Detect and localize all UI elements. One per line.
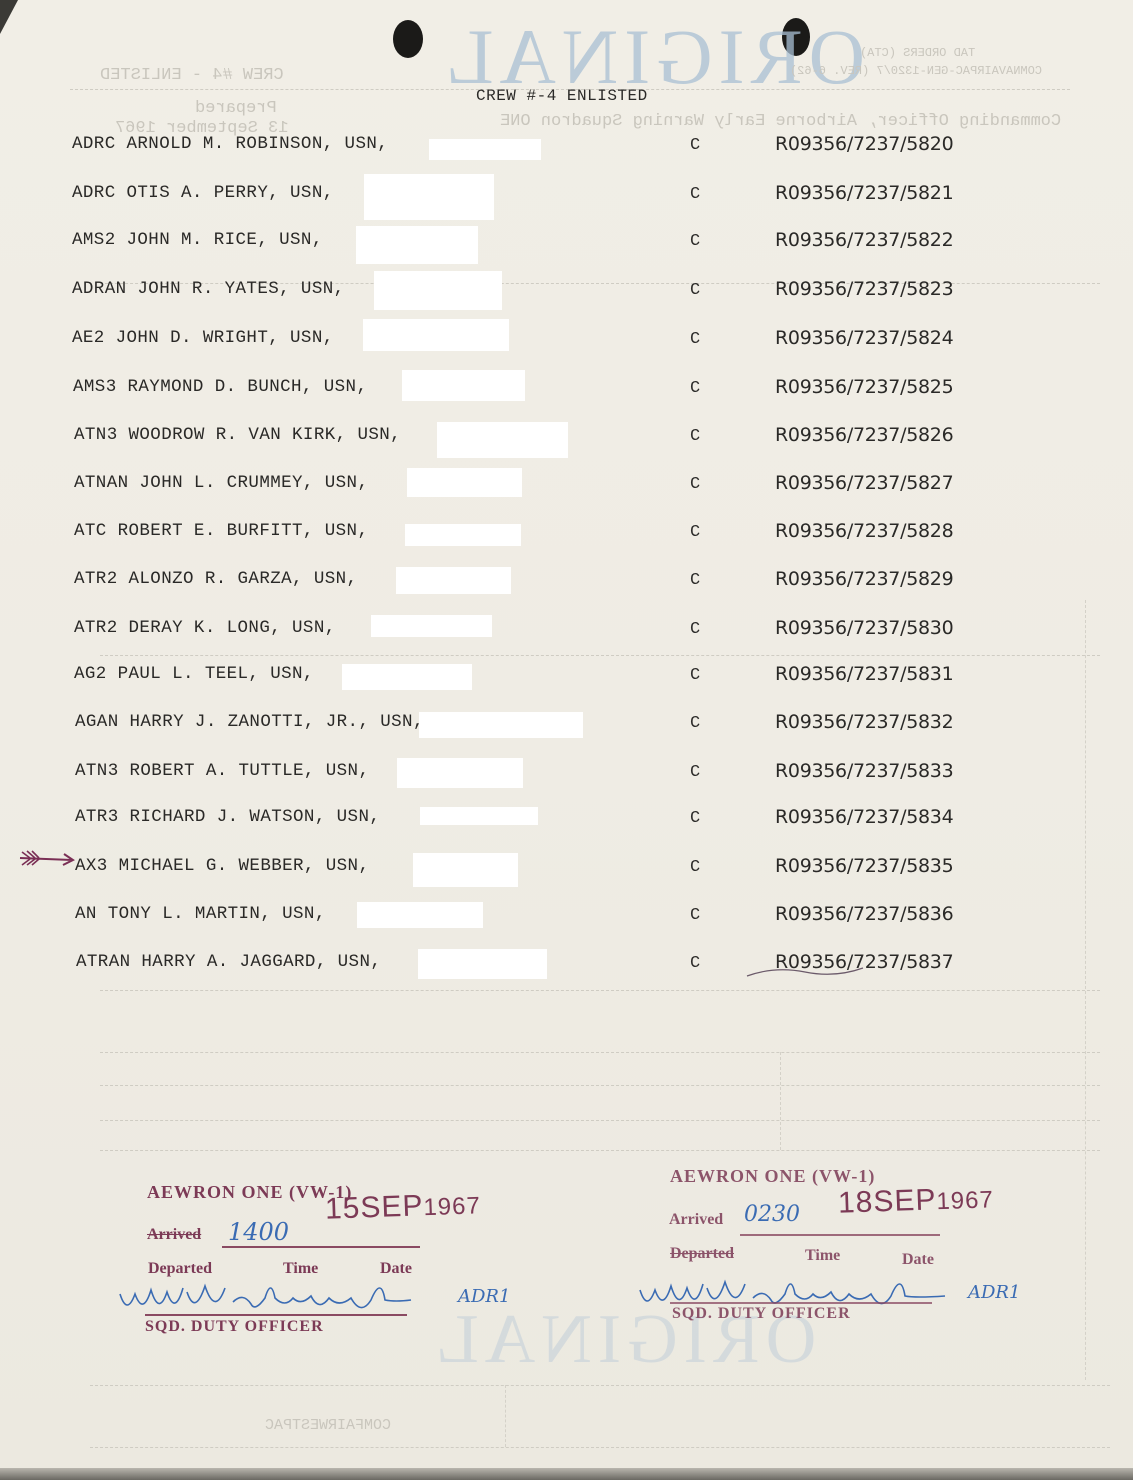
folded-corner [0,0,18,34]
crew-code: C [690,523,700,542]
crew-name: ATR3 RICHARD J. WATSON, USN, [75,807,380,827]
crew-code: C [690,906,700,925]
crew-number: R09356/7237/5824 [775,327,953,349]
crew-name: ATRAN HARRY A. JAGGARD, USN, [76,952,381,972]
page-title: CREW #-4 ENLISTED [476,87,648,105]
crew-row: ATR2 DERAY K. LONG, USN, C R09356/7237/5… [0,618,1133,648]
crew-number: R09356/7237/5822 [775,229,953,251]
arrow-marker-icon [18,848,76,870]
crew-row: ATN3 ROBERT A. TUTTLE, USN, C R09356/723… [0,761,1133,791]
crew-row: ATR2 ALONZO R. GARZA, USN, C R09356/7237… [0,569,1133,599]
crew-code: C [690,858,700,877]
crew-row: ATR3 RICHARD J. WATSON, USN, C R09356/72… [0,807,1133,837]
crew-row: ATNAN JOHN L. CRUMMEY, USN, C R09356/723… [0,473,1133,503]
ghost-from-line: Commanding Officer, Airborne Early Warni… [500,112,1061,131]
ghost-prepared-label: Prepared [195,99,277,118]
crew-number: R09356/7237/5825 [775,376,953,398]
stamp-date: 15SEP1967 [324,1187,481,1226]
crew-code: C [690,954,700,973]
arrived-rule [222,1246,420,1248]
ghost-vrule [505,1385,506,1447]
ghost-rule [90,1447,1110,1448]
stamp-unit: AEWRON ONE (VW-1) [147,1182,352,1203]
arrived-label: Arrived [669,1211,723,1229]
page-shadow-edge [0,1468,1133,1480]
crew-number: R09356/7237/5831 [775,663,953,685]
crew-row: AMS2 JOHN M. RICE, USN, C R09356/7237/58… [0,230,1133,260]
crew-name: ATR2 DERAY K. LONG, USN, [74,618,336,638]
ghost-rule [100,1120,1100,1121]
crew-name: ATN3 ROBERT A. TUTTLE, USN, [75,761,369,781]
ghost-rule [100,1085,1100,1086]
crew-number: R09356/7237/5832 [775,711,953,733]
crew-number: R09356/7237/5833 [775,760,953,782]
crew-name: AMS3 RAYMOND D. BUNCH, USN, [73,377,367,397]
crew-code: C [690,379,700,398]
crew-row: AG2 PAUL L. TEEL, USN, C R09356/7237/583… [0,664,1133,694]
crew-code: C [690,281,700,300]
ghost-rule [100,655,1100,656]
redaction-box [407,468,522,497]
crew-name: AE2 JOHN D. WRIGHT, USN, [72,328,334,348]
stamp-date-day-month: 15SEP [324,1189,423,1225]
crew-number: R09356/7237/5827 [775,472,953,494]
redaction-box [356,226,478,264]
crew-number: R09356/7237/5836 [775,903,953,925]
redaction-box [429,139,541,160]
crew-name: AG2 PAUL L. TEEL, USN, [74,664,314,684]
crew-row: ADRAN JOHN R. YATES, USN, C R09356/7237/… [0,279,1133,309]
crew-code: C [690,666,700,685]
time-label: Time [805,1247,840,1265]
redaction-box [363,319,509,351]
crew-name: ATR2 ALONZO R. GARZA, USN, [74,569,357,589]
arrived-label: Arrived [147,1226,201,1244]
arrived-time-handwritten: 0230 [744,1202,800,1227]
signature-rule [670,1302,932,1304]
crew-code: C [690,232,700,251]
ghost-rule [100,1150,1100,1151]
signature-suffix: ADR1 [458,1286,510,1307]
crew-code: C [690,185,700,204]
crew-number: R09356/7237/5830 [775,617,953,639]
redaction-box [405,524,521,546]
date-label: Date [902,1251,934,1269]
stamp-date: 18SEP1967 [837,1181,994,1220]
crew-row: AN TONY L. MARTIN, USN, C R09356/7237/58… [0,904,1133,934]
crew-code: C [690,330,700,349]
ghost-copy-to: COMFAIRWESTPAC [265,1417,391,1434]
departed-label: Departed [670,1245,734,1263]
crew-number: R09356/7237/5828 [775,520,953,542]
crew-row: AGAN HARRY J. ZANOTTI, JR., USN, C R0935… [0,712,1133,742]
redaction-box [396,567,511,594]
redaction-box [420,807,538,825]
punch-hole-left [393,20,423,58]
redaction-box [402,370,525,401]
crew-row: ATN3 WOODROW R. VAN KIRK, USN, C R09356/… [0,425,1133,455]
stamp-date-day-month: 18SEP [837,1183,936,1219]
crew-number: R09356/7237/5829 [775,568,953,590]
crew-code: C [690,620,700,639]
crew-number: R09356/7237/5820 [775,133,953,155]
redaction-box [397,758,523,788]
pen-stroke-mark [745,962,865,982]
crew-name: ATN3 WOODROW R. VAN KIRK, USN, [74,425,401,445]
ghost-rule [100,1052,1100,1053]
crew-name: ADRC OTIS A. PERRY, USN, [72,183,334,203]
crew-row: ADRC OTIS A. PERRY, USN, C R09356/7237/5… [0,183,1133,213]
crew-name: ADRC ARNOLD M. ROBINSON, USN, [72,134,388,154]
ghost-form-id-2: COMNAVAIRPAC-GEN-1320/7 (REV. 6-62) [790,64,1042,78]
crew-code: C [690,763,700,782]
redaction-box [413,853,518,887]
arrived-time-handwritten: 1400 [228,1218,289,1246]
redaction-box [342,664,472,690]
crew-number: R09356/7237/5835 [775,855,953,877]
crew-code: C [690,136,700,155]
crew-number: R09356/7237/5823 [775,278,953,300]
crew-row: ADRC ARNOLD M. ROBINSON, USN, C R09356/7… [0,134,1133,164]
officer-label: SQD. DUTY OFFICER [145,1318,324,1336]
redaction-box [374,271,502,310]
crew-code: C [690,809,700,828]
crew-number: R09356/7237/5821 [775,182,953,204]
crew-name: ATC ROBERT E. BURFITT, USN, [74,521,368,541]
crew-name: AN TONY L. MARTIN, USN, [75,904,326,924]
redaction-box [437,422,568,458]
redaction-box [357,902,483,928]
crew-name: AX3 MICHAEL G. WEBBER, USN, [75,856,369,876]
crew-number: R09356/7237/5826 [775,424,953,446]
crew-row: AMS3 RAYMOND D. BUNCH, USN, C R09356/723… [0,377,1133,407]
ghost-form-id-1: TAD ORDERS (CTA) [860,46,975,60]
ghost-vrule [780,1052,781,1150]
stamp-unit: AEWRON ONE (VW-1) [670,1166,875,1187]
ghost-header-left: CREW #4 - ENLISTED [100,66,284,85]
officer-label: SQD. DUTY OFFICER [672,1305,851,1323]
crew-code: C [690,571,700,590]
crew-code: C [690,427,700,446]
signature-rule [145,1314,407,1316]
crew-row: ATRAN HARRY A. JAGGARD, USN, C R09356/72… [0,952,1133,982]
crew-row: AX3 MICHAEL G. WEBBER, USN, C R09356/723… [0,856,1133,886]
crew-name: AMS2 JOHN M. RICE, USN, [72,230,323,250]
crew-name: ADRAN JOHN R. YATES, USN, [72,279,345,299]
signature-suffix: ADR1 [968,1282,1020,1303]
crew-code: C [690,475,700,494]
ghost-rule [90,1385,1110,1386]
redaction-box [419,712,583,738]
crew-code: C [690,714,700,733]
crew-row: AE2 JOHN D. WRIGHT, USN, C R09356/7237/5… [0,328,1133,358]
arrived-rule [740,1234,940,1236]
redaction-box [418,949,547,979]
crew-row: ATC ROBERT E. BURFITT, USN, C R09356/723… [0,521,1133,551]
crew-number: R09356/7237/5834 [775,806,953,828]
stamp-date-year: 1967 [936,1186,994,1215]
redaction-box [371,615,492,637]
ghost-rule [100,990,1100,991]
crew-name: AGAN HARRY J. ZANOTTI, JR., USN, [75,712,424,732]
redaction-box [364,174,494,220]
crew-name: ATNAN JOHN L. CRUMMEY, USN, [74,473,368,493]
stamp-date-year: 1967 [423,1192,481,1221]
